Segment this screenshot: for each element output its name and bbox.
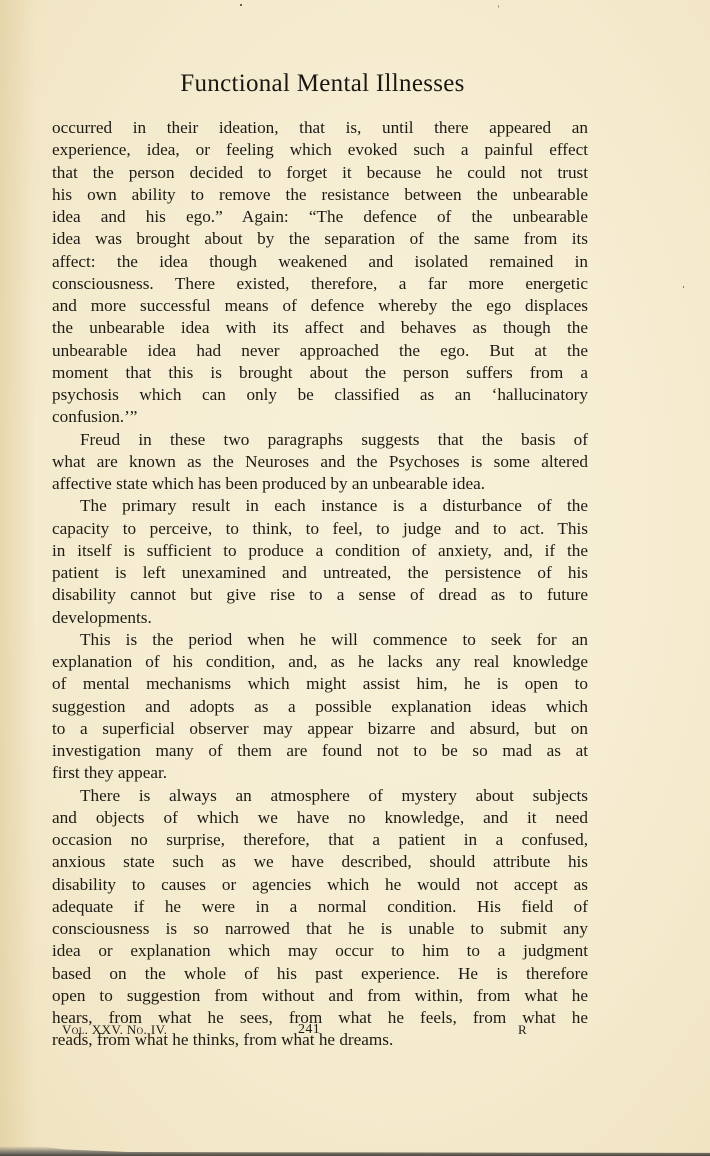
- paragraph: The primary result in each instance is a…: [52, 495, 588, 629]
- text-line: adequate if he were in a normal conditio…: [52, 896, 588, 918]
- paragraph: There is always an atmosphere of mystery…: [52, 785, 588, 1052]
- text-line: There is always an atmosphere of mystery…: [52, 785, 588, 807]
- signature-mark: R: [518, 1022, 527, 1038]
- text-line: This is the period when he will commence…: [52, 629, 588, 651]
- text-line: and objects of which we have no knowledg…: [52, 807, 588, 829]
- text-line: in itself is sufficient to produce a con…: [52, 540, 588, 562]
- ink-speck: [498, 5, 499, 8]
- text-line: to a superficial observer may appear biz…: [52, 718, 588, 740]
- text-line: and more successful means of defence whe…: [52, 295, 588, 317]
- volume-label: Vol. XXV. No. IV.: [62, 1022, 167, 1038]
- text-line: occasion no surprise, therefore, that a …: [52, 829, 588, 851]
- text-line: affective state which has been produced …: [52, 473, 588, 495]
- text-line: experience, idea, or feeling which evoke…: [52, 139, 588, 161]
- text-line: idea or explanation which may occur to h…: [52, 940, 588, 962]
- paragraph: This is the period when he will commence…: [52, 629, 588, 785]
- text-line: the unbearable idea with its affect and …: [52, 317, 588, 339]
- text-line: The primary result in each instance is a…: [52, 495, 588, 517]
- text-line: consciousness. There existed, therefore,…: [52, 273, 588, 295]
- text-line: developments.: [52, 607, 588, 629]
- text-line: Freud in these two paragraphs suggests t…: [52, 429, 588, 451]
- text-line: idea and his ego.” Again: “The defence o…: [52, 206, 588, 228]
- text-line: affect: the idea though weakened and iso…: [52, 251, 588, 273]
- text-line: confusion.’”: [52, 406, 588, 428]
- page-edge-shadow: [0, 1134, 710, 1156]
- text-line: that the person decided to forget it bec…: [52, 162, 588, 184]
- text-line: his own ability to remove the resistance…: [52, 184, 588, 206]
- text-line: explanation of his condition, and, as he…: [52, 651, 588, 673]
- body-text: occurred in their ideation, that is, unt…: [52, 117, 588, 1052]
- page-footer: Vol. XXV. No. IV. 241 R: [62, 1022, 562, 1042]
- paragraph: occurred in their ideation, that is, unt…: [52, 117, 588, 429]
- text-line: unbearable idea had never approached the…: [52, 340, 588, 362]
- text-line: consciousness is so narrowed that he is …: [52, 918, 588, 940]
- text-line: patient is left unexamined and untreated…: [52, 562, 588, 584]
- text-line: capacity to perceive, to think, to feel,…: [52, 518, 588, 540]
- page-number: 241: [298, 1022, 320, 1038]
- text-line: what are known as the Neuroses and the P…: [52, 451, 588, 473]
- text-line: disability cannot but give rise to a sen…: [52, 584, 588, 606]
- paragraph: Freud in these two paragraphs suggests t…: [52, 429, 588, 496]
- text-line: occurred in their ideation, that is, unt…: [52, 117, 588, 139]
- text-line: first they appear.: [52, 762, 588, 784]
- text-line: based on the whole of his past experienc…: [52, 963, 588, 985]
- running-head: Functional Mental Illnesses: [0, 70, 645, 98]
- text-line: suggestion and adopts as a possible expl…: [52, 696, 588, 718]
- text-line: investigation many of them are found not…: [52, 740, 588, 762]
- text-line: idea was brought about by the separation…: [52, 228, 588, 250]
- ink-speck: [240, 4, 242, 6]
- text-line: open to suggestion from without and from…: [52, 985, 588, 1007]
- text-line: disability to causes or agencies which h…: [52, 874, 588, 896]
- ink-speck: [683, 286, 684, 288]
- text-line: of mental mechanisms which might assist …: [52, 673, 588, 695]
- text-line: moment that this is brought about the pe…: [52, 362, 588, 384]
- book-page: Functional Mental Illnesses occurred in …: [0, 0, 710, 1156]
- text-line: anxious state such as we have described,…: [52, 851, 588, 873]
- text-line: psychosis which can only be classified a…: [52, 384, 588, 406]
